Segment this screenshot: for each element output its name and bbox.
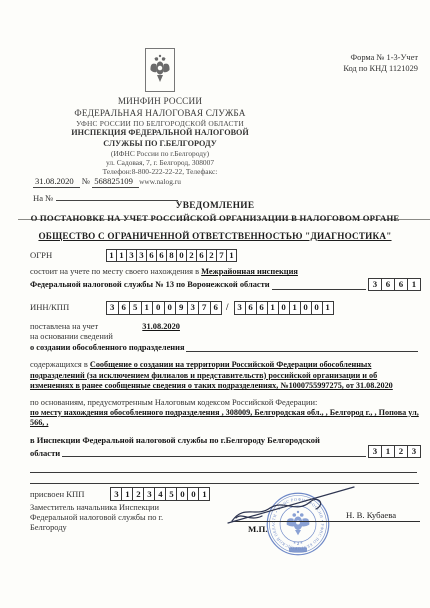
agency-short-name: (ИФНС России по г.Белгороду): [40, 149, 280, 158]
basis-value: о создании обособленного подразделения: [30, 343, 184, 354]
title-line-1: УВЕДОМЛЕНИЕ: [0, 201, 430, 213]
signer-position-line: Белгороду: [30, 523, 180, 533]
fill-rule: [272, 288, 366, 290]
registered-at-text: состоит на учете по месту своего нахожде…: [30, 267, 199, 276]
inn-kpp-row: ИНН/КПП 3651009376 / 366101001: [30, 301, 420, 315]
digit-cell: 1: [198, 487, 210, 501]
digit-cell: 6: [394, 278, 408, 291]
registering-authority-part1: Межрайонная инспекция: [201, 267, 298, 276]
fill-rule: [186, 350, 418, 352]
inspection-code-boxes: 3123: [368, 445, 420, 458]
registration-date-row: поставлена на учет 31.08.2020: [30, 322, 420, 333]
grounds-label: по основаниям, предусмотренным Налоговым…: [30, 398, 420, 409]
signer-name: Н. В. Кубаева: [346, 510, 396, 521]
inspection-line1: в Инспекции Федеральной налоговой службы…: [30, 435, 420, 446]
fill-rule: [62, 455, 366, 457]
kpp-digit-boxes: 366101001: [234, 301, 333, 315]
agency-address: ул. Садовая, 7, г. Белгород, 308007: [40, 158, 280, 167]
assigned-kpp-label: присвоен КПП: [30, 489, 84, 500]
agency-name-line: МИНФИН РОССИИ: [40, 96, 280, 108]
contained-in-label: содержащихся в: [30, 360, 88, 369]
signer-position: Заместитель начальника Инспекции Федерал…: [30, 503, 180, 533]
digit-cell: 6: [381, 278, 395, 291]
registering-authority-row: Федеральной налоговой службы № 13 по Вор…: [30, 278, 420, 291]
registration-date-value: 31.08.2020: [128, 322, 194, 331]
document-body: ОГРН 1133668026271 состоит на учете по м…: [30, 249, 420, 484]
basis-label: на основании сведений: [30, 332, 420, 343]
ogrn-label: ОГРН: [30, 250, 106, 261]
digit-cell: 1: [322, 301, 334, 315]
inn-kpp-separator: /: [221, 302, 234, 313]
contained-in-paragraph: содержащихся в Сообщение о создании на т…: [30, 360, 420, 392]
agency-name-line: СЛУЖБЫ ПО Г.БЕЛГОРОДУ: [40, 139, 280, 149]
number-sign: №: [82, 176, 90, 186]
stamp-place-label: М.П.: [248, 524, 268, 535]
inspection-row: области 3123: [30, 445, 420, 458]
digit-cell: 2: [394, 445, 408, 458]
authority-code-boxes: 3661: [368, 278, 420, 291]
agency-name-line: УФНС РОССИИ ПО БЕЛГОРОДСКОЙ ОБЛАСТИ: [40, 119, 280, 128]
digit-cell: 1: [407, 278, 421, 291]
form-info: Форма № 1-3-Учет Код по КНД 1121029: [343, 53, 418, 74]
digit-cell: 3: [368, 445, 382, 458]
ogrn-row: ОГРН 1133668026271: [30, 249, 420, 262]
registering-authority-part2: Федеральной налоговой службы № 13 по Вор…: [30, 280, 270, 291]
letterhead: МИНФИН РОССИИ ФЕДЕРАЛЬНАЯ НАЛОГОВАЯ СЛУЖ…: [40, 48, 280, 186]
double-eagle-icon: [149, 53, 171, 87]
empty-rule-line: [30, 462, 417, 473]
stamp-bottom-mark: * 2 *: [294, 541, 304, 546]
inn-kpp-label: ИНН/КПП: [30, 302, 106, 313]
reply-to-blank-line: [56, 191, 178, 201]
digit-cell: 3: [368, 278, 382, 291]
document-number: 568825109: [92, 176, 139, 188]
document-date: 31.08.2020: [33, 176, 80, 188]
knd-code: Код по КНД 1121029: [343, 64, 418, 75]
form-number: Форма № 1-3-Учет: [343, 53, 418, 64]
ogrn-digit-boxes: 1133668026271: [106, 249, 236, 262]
organization-name: ОБЩЕСТВО С ОГРАНИЧЕННОЙ ОТВЕТСТВЕННОСТЬЮ…: [0, 231, 430, 243]
grounds-address: по месту нахождения обособленного подраз…: [30, 408, 420, 429]
fns-emblem-frame: [145, 48, 175, 92]
agency-name-line: ФЕДЕРАЛЬНАЯ НАЛОГОВАЯ СЛУЖБА: [40, 108, 280, 120]
title-line-2: О ПОСТАНОВКЕ НА УЧЕТ РОССИЙСКОЙ ОРГАНИЗА…: [0, 213, 430, 224]
assigned-kpp-digit-boxes: 312345001: [110, 487, 209, 501]
digit-cell: 1: [226, 249, 237, 262]
stamp-banner: [289, 547, 307, 552]
digit-cell: 3: [407, 445, 421, 458]
registration-date-label: поставлена на учет: [30, 322, 98, 331]
inn-digit-boxes: 3651009376: [106, 301, 221, 315]
reference-block: 31.08.2020 № 568825109 На №: [33, 176, 178, 203]
document-title: УВЕДОМЛЕНИЕ О ПОСТАНОВКЕ НА УЧЕТ РОССИЙС…: [0, 201, 430, 223]
tax-registration-notice-document: МИНФИН РОССИИ ФЕДЕРАЛЬНАЯ НАЛОГОВАЯ СЛУЖ…: [0, 0, 430, 608]
inspection-line2: области: [30, 448, 60, 459]
digit-cell: 1: [381, 445, 395, 458]
assigned-kpp-row: присвоен КПП 312345001: [30, 487, 209, 501]
handwritten-signature: [222, 478, 362, 528]
agency-name-line: ИНСПЕКЦИЯ ФЕДЕРАЛЬНОЙ НАЛОГОВОЙ: [40, 128, 280, 138]
signer-position-line: Федеральной налоговой службы по г.: [30, 513, 180, 523]
registered-at-intro: состоит на учете по месту своего нахожде…: [30, 267, 420, 278]
basis-row: о создании обособленного подразделения: [30, 343, 420, 354]
signer-position-line: Заместитель начальника Инспекции: [30, 503, 180, 513]
